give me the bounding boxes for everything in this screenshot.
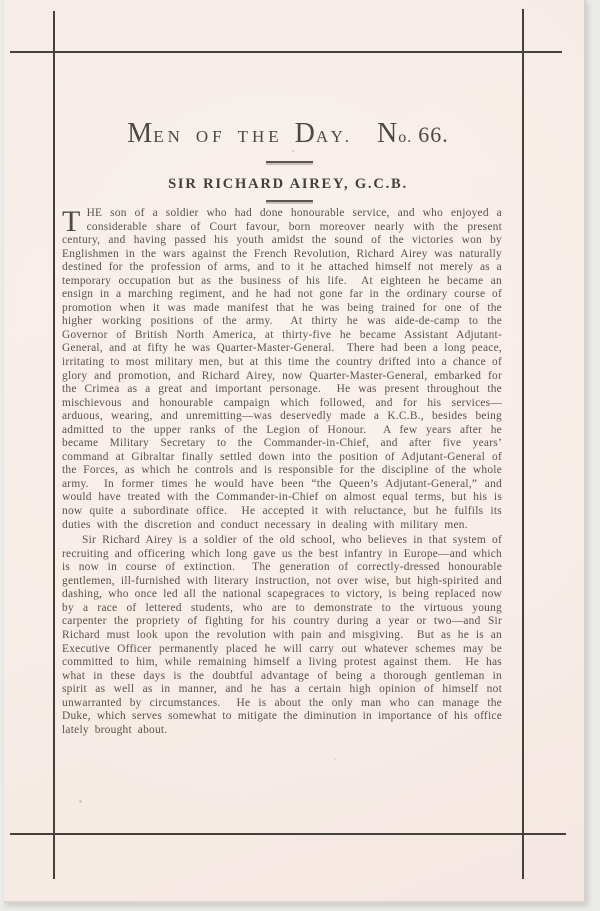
masthead-word-men: EN bbox=[153, 127, 184, 146]
article-subtitle: SIR RICHARD AIREY, G.C.B. bbox=[53, 176, 523, 193]
article-paragraph-2: Sir Richard Airey is a soldier of the ol… bbox=[62, 534, 502, 737]
frame-top-line bbox=[10, 51, 562, 53]
masthead-word-of: OF bbox=[196, 127, 226, 146]
divider-rule-top bbox=[266, 161, 313, 163]
masthead-initial-d: D bbox=[295, 118, 316, 149]
divider-rule-bottom bbox=[266, 200, 313, 202]
article-body: THE son of a soldier who had done honour… bbox=[62, 207, 502, 737]
paper-speck bbox=[292, 150, 294, 152]
paragraph-1-text: HE son of a soldier who had done honoura… bbox=[62, 207, 508, 531]
issue-number-initial: N bbox=[377, 118, 398, 149]
scanned-document-page: MENOFTHEDAY.No.66. SIR RICHARD AIREY, G.… bbox=[0, 0, 600, 911]
drop-cap: T bbox=[62, 207, 87, 234]
frame-bottom-line bbox=[10, 833, 566, 835]
article-paragraph-1: THE son of a soldier who had done honour… bbox=[62, 207, 502, 532]
masthead-initial-m: M bbox=[127, 118, 153, 149]
paragraph-2-text: Sir Richard Airey is a soldier of the ol… bbox=[62, 534, 508, 736]
masthead-word-day: AY. bbox=[316, 127, 353, 146]
paper-speck bbox=[334, 758, 336, 760]
masthead-word-the: THE bbox=[238, 127, 283, 146]
issue-number-value: 66. bbox=[418, 122, 449, 147]
paper-sheet: MENOFTHEDAY.No.66. SIR RICHARD AIREY, G.… bbox=[4, 0, 586, 903]
masthead-title: MENOFTHEDAY.No.66. bbox=[53, 118, 523, 150]
paper-speck bbox=[79, 800, 82, 803]
issue-number-abbrev: o. bbox=[398, 129, 412, 146]
